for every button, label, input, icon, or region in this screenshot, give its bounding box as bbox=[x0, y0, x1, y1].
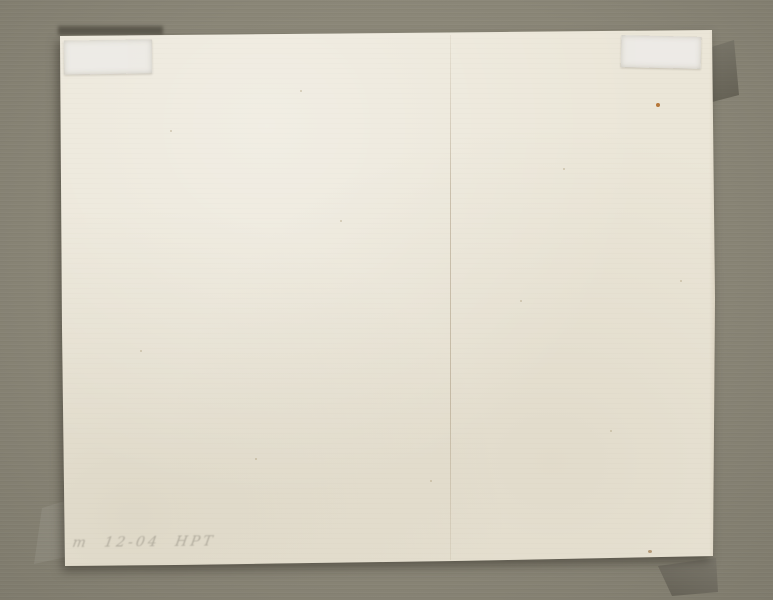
white-tape-top-right bbox=[621, 35, 702, 69]
center-fold-line bbox=[450, 35, 451, 560]
foxing-spot bbox=[520, 300, 522, 302]
foxing-spot bbox=[340, 220, 342, 222]
photograph-of-print-verso: m 12-04 HPT bbox=[0, 0, 773, 600]
foxing-spot bbox=[255, 458, 257, 460]
foxing-spot bbox=[430, 480, 432, 482]
paper-shadow-wrapper: m 12-04 HPT bbox=[0, 0, 773, 600]
foxing-spot bbox=[680, 280, 682, 282]
foxing-spot bbox=[648, 550, 652, 553]
print-verso-sheet: m 12-04 HPT bbox=[55, 28, 717, 570]
white-tape-top-left bbox=[64, 39, 152, 74]
foxing-spot bbox=[170, 130, 172, 132]
foxing-spot bbox=[563, 168, 565, 170]
foxing-spot bbox=[140, 350, 142, 352]
foxing-spot bbox=[656, 103, 660, 107]
foxing-spot bbox=[300, 90, 302, 92]
pencil-inscription: m 12-04 HPT bbox=[70, 533, 294, 559]
foxing-spot bbox=[610, 430, 612, 432]
